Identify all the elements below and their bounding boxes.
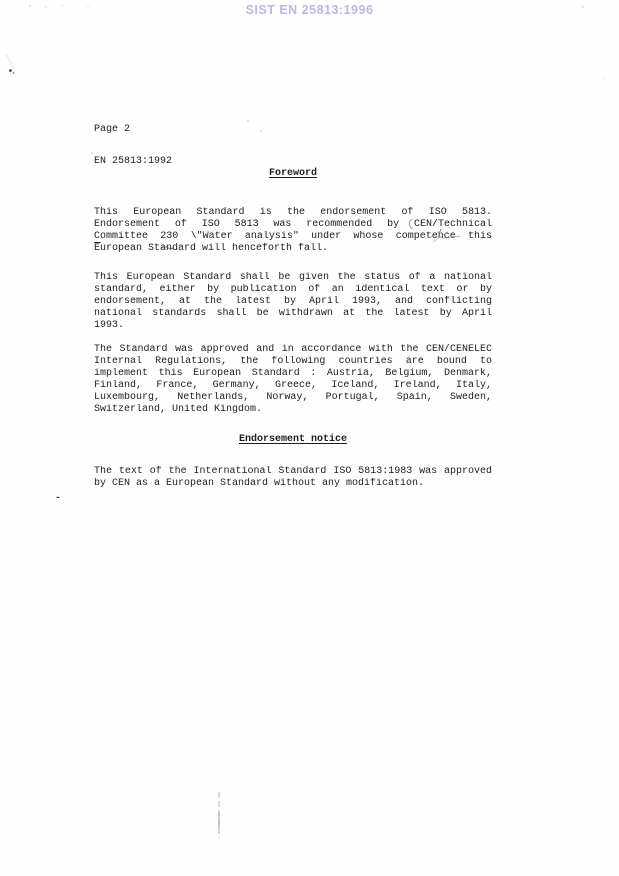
text-line: endorsement, at the latest by April 1993… bbox=[94, 296, 492, 308]
margin-dash-mark: - bbox=[55, 493, 61, 505]
text-line: Endorsement of ISO 5813 was recommended … bbox=[94, 219, 492, 231]
text-line: implement this European Standard : Austr… bbox=[94, 368, 492, 380]
foreword-paragraph-3: The Standard was approved and in accorda… bbox=[94, 344, 492, 416]
foreword-heading-text: Foreword bbox=[269, 168, 317, 179]
scan-squiggle bbox=[6, 54, 14, 70]
scan-dot bbox=[13, 72, 15, 74]
text-line: standard, either by publication of an id… bbox=[94, 284, 492, 296]
page-number: Page 2 bbox=[94, 125, 172, 136]
endorsement-notice-heading-text: Endorsement notice bbox=[239, 434, 347, 445]
text-line: The Standard was approved and in accorda… bbox=[94, 344, 492, 356]
text-line: European Standard will henceforth fall. bbox=[94, 243, 492, 255]
text-line: Finland, France, Germany, Greece, Icelan… bbox=[94, 380, 492, 392]
text-line: Committee 230 \"Water analysis" under wh… bbox=[94, 231, 492, 243]
text-line: Luxembourg, Netherlands, Norway, Portuga… bbox=[94, 392, 492, 404]
watermark-standard-id: SIST EN 25813:1996 bbox=[0, 3, 619, 17]
scan-speck bbox=[260, 130, 261, 131]
scan-dot bbox=[9, 69, 12, 72]
text-line: This European Standard is the endorsemen… bbox=[94, 207, 492, 219]
text-line: Internal Regulations, the following coun… bbox=[94, 356, 492, 368]
text-line: by CEN as a European Standard without an… bbox=[94, 478, 492, 490]
text-line: national standards shall be withdrawn at… bbox=[94, 308, 492, 320]
standard-reference: EN 25813:1992 bbox=[94, 157, 172, 168]
document-page: SIST EN 25813:1996 Page 2 EN 25813:1992 … bbox=[0, 0, 619, 876]
text-line: This European Standard shall be given th… bbox=[94, 272, 492, 284]
scan-speck bbox=[91, 152, 93, 154]
scan-speck bbox=[247, 120, 249, 122]
text-line: Switzerland, United Kingdom. bbox=[94, 404, 492, 416]
text-line: 1993. bbox=[94, 320, 492, 332]
text-line: The text of the International Standard I… bbox=[94, 466, 492, 478]
foreword-heading: Foreword bbox=[94, 168, 492, 180]
foreword-paragraph-1: This European Standard is the endorsemen… bbox=[94, 207, 492, 255]
foreword-paragraph-2: This European Standard shall be given th… bbox=[94, 272, 492, 332]
endorsement-notice-paragraph: The text of the International Standard I… bbox=[94, 466, 492, 490]
scan-speck bbox=[603, 77, 605, 79]
endorsement-notice-heading: Endorsement notice bbox=[94, 434, 492, 446]
